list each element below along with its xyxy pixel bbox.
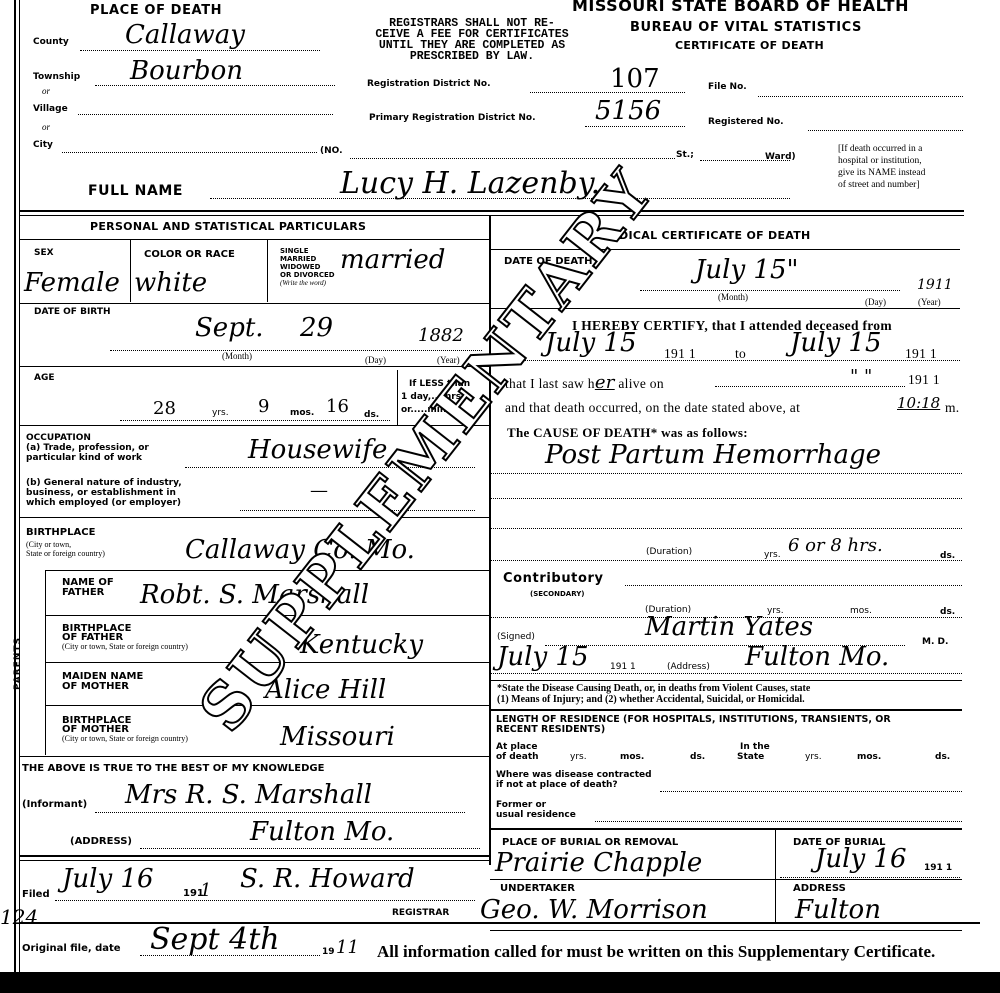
cause-line bbox=[490, 473, 962, 474]
marital-option: MARRIED bbox=[280, 255, 335, 263]
filed-year-suffix: 1 bbox=[200, 880, 211, 901]
footnote-line: (1) Means of Injury; and (2) whether Acc… bbox=[497, 694, 810, 705]
registration-district-label: Registration District No. bbox=[367, 79, 491, 89]
informant-address-label: (ADDRESS) bbox=[70, 837, 132, 847]
label-line: of death bbox=[496, 752, 539, 762]
residence-ds: ds. bbox=[690, 752, 705, 762]
village-line bbox=[78, 114, 333, 115]
undertaker-label: UNDERTAKER bbox=[500, 884, 575, 894]
former-residence-label: Former or usual residence bbox=[496, 800, 576, 820]
notice-line: PRESCRIBED BY LAW. bbox=[328, 51, 616, 62]
file-no-label: File No. bbox=[708, 82, 747, 92]
attended-from-year: 191 1 bbox=[664, 346, 696, 362]
header-divider bbox=[20, 210, 964, 212]
footer-note: All information called for must be writt… bbox=[377, 942, 935, 962]
former-residence-line bbox=[595, 821, 962, 822]
full-name-value: Lucy H. Lazenby. bbox=[340, 166, 600, 201]
registration-district-line bbox=[530, 92, 685, 93]
age-days: 16 bbox=[326, 396, 349, 417]
primary-district-line bbox=[585, 126, 685, 127]
duration-yrs-label: yrs. bbox=[764, 550, 781, 560]
ds-label-2: ds. bbox=[940, 607, 955, 617]
age-label: AGE bbox=[34, 373, 55, 383]
rule bbox=[775, 830, 776, 922]
death-occurred-text: and that death occurred, on the date sta… bbox=[505, 400, 800, 416]
filed-label: Filed bbox=[22, 890, 50, 900]
in-state-label: In the State bbox=[737, 742, 770, 762]
contracted-label: Where was disease contracted if not at p… bbox=[496, 770, 652, 790]
rule bbox=[20, 366, 490, 367]
marital-option: WIDOWED bbox=[280, 263, 335, 271]
marital-value: married bbox=[340, 245, 445, 275]
board-title: MISSOURI STATE BOARD OF HEALTH bbox=[572, 0, 909, 15]
marital-hint: (Write the word) bbox=[280, 279, 335, 287]
hint-line: State or foreign country) bbox=[26, 549, 105, 558]
alive-date: " " bbox=[850, 366, 872, 387]
original-year-suffix: 11 bbox=[336, 937, 359, 958]
note-line: hospital or institution, bbox=[838, 155, 925, 167]
label-line: OF FATHER bbox=[62, 633, 188, 642]
duration-line bbox=[490, 560, 962, 561]
signed-label: (Signed) bbox=[497, 632, 535, 642]
place-of-death-heading: PLACE OF DEATH bbox=[90, 3, 222, 18]
rule bbox=[20, 855, 490, 857]
informant-value: Mrs R. S. Marshall bbox=[125, 780, 372, 810]
cause-footnote: *State the Disease Causing Death, or, in… bbox=[497, 683, 810, 705]
attended-to: July 15 bbox=[790, 328, 882, 358]
parents-label: PARENTS bbox=[13, 637, 23, 690]
informant-address-value: Fulton Mo. bbox=[250, 817, 394, 847]
attended-to-year: 191 1 bbox=[905, 346, 937, 362]
rule bbox=[20, 860, 490, 861]
informant-line bbox=[95, 812, 465, 813]
burial-date-line bbox=[780, 877, 960, 878]
residence-mos: mos. bbox=[620, 752, 644, 762]
mother-birthplace-value: Missouri bbox=[280, 722, 395, 752]
label-line: State bbox=[737, 752, 770, 762]
father-name-label: NAME OF FATHER bbox=[62, 578, 114, 598]
dob-day: 29 bbox=[300, 313, 333, 343]
occupation-label: OCCUPATION bbox=[26, 433, 149, 443]
age-line bbox=[120, 420, 390, 421]
burial-place-label: PLACE OF BURIAL OR REMOVAL bbox=[502, 838, 678, 848]
cause-line-3 bbox=[490, 528, 962, 529]
hint-line: (City or town, bbox=[26, 540, 105, 549]
day-hint: (Day) bbox=[365, 355, 386, 365]
month-hint: (Month) bbox=[718, 292, 748, 302]
personal-section-title: PERSONAL AND STATISTICAL PARTICULARS bbox=[90, 220, 366, 233]
hint-line: (City or town, State or foreign country) bbox=[62, 642, 188, 651]
residence-title-line: RECENT RESIDENTS) bbox=[496, 725, 891, 735]
rule bbox=[490, 930, 962, 931]
rule bbox=[267, 240, 268, 302]
hint-line: (City or town, State or foreign country) bbox=[62, 734, 188, 743]
address-line bbox=[140, 848, 480, 849]
township-label: Township bbox=[33, 72, 80, 82]
marital-option: OR DIVORCED bbox=[280, 271, 335, 279]
state-ds: ds. bbox=[935, 752, 950, 762]
left-border-inner bbox=[19, 0, 20, 972]
ward-label: Ward) bbox=[765, 152, 796, 162]
filed-date: July 16 bbox=[62, 864, 154, 894]
rule bbox=[20, 756, 490, 757]
undertaker-address-value: Fulton bbox=[795, 895, 881, 925]
race-value: white bbox=[134, 268, 207, 298]
street-no-label: (NO. bbox=[320, 146, 343, 156]
file-no-line bbox=[758, 96, 963, 97]
state-mos: mos. bbox=[857, 752, 881, 762]
left-border bbox=[14, 0, 16, 972]
registrar-label: REGISTRAR bbox=[392, 908, 449, 918]
physician-address-line bbox=[490, 673, 962, 674]
alive-on-text: alive on bbox=[618, 376, 664, 391]
dob-year: 1882 bbox=[418, 325, 464, 346]
footnote-line: *State the Disease Causing Death, or, in… bbox=[497, 683, 810, 694]
registrar-signature: S. R. Howard bbox=[240, 864, 415, 894]
cause-label: The CAUSE OF DEATH* was as follows: bbox=[507, 425, 748, 441]
occupation-value: Housewife bbox=[248, 435, 387, 465]
residence-title: LENGTH OF RESIDENCE (FOR HOSPITALS, INST… bbox=[496, 715, 891, 735]
mother-name-label: MAIDEN NAME OF MOTHER bbox=[62, 672, 143, 692]
physician-address-label: (Address) bbox=[667, 662, 710, 672]
age-months: 9 bbox=[258, 396, 269, 417]
rule bbox=[130, 240, 131, 302]
duration-label: (Duration) bbox=[646, 547, 692, 557]
county-label: County bbox=[33, 37, 69, 47]
label-line: Former or bbox=[496, 800, 576, 810]
county-value: Callaway bbox=[125, 20, 245, 50]
sex-label: SEX bbox=[34, 248, 54, 258]
note-line: of street and number] bbox=[838, 179, 925, 191]
physician-address-value: Fulton Mo. bbox=[745, 642, 889, 672]
marital-status-labels: SINGLE MARRIED WIDOWED OR DIVORCED (Writ… bbox=[280, 247, 335, 287]
registrar-notice: REGISTRARS SHALL NOT RE- CEIVE A FEE FOR… bbox=[328, 18, 616, 62]
time-of-death: 10:18 bbox=[897, 394, 940, 412]
dob-month: Sept. bbox=[195, 313, 264, 343]
burial-date-value: July 16 bbox=[815, 844, 907, 874]
contributory-label: Contributory bbox=[503, 571, 604, 586]
ds-label: ds. bbox=[364, 410, 379, 420]
date-of-death-value: July 15" bbox=[695, 255, 798, 285]
month-hint: (Month) bbox=[222, 351, 252, 361]
registration-district-value: 107 bbox=[610, 64, 660, 94]
contributory-line bbox=[625, 585, 962, 586]
cause-line-2 bbox=[490, 498, 962, 499]
secondary-label: (SECONDARY) bbox=[530, 590, 584, 598]
alive-year: 191 1 bbox=[908, 372, 940, 388]
occupation-a-line: (a) Trade, profession, or bbox=[26, 443, 149, 453]
label-line: usual residence bbox=[496, 810, 576, 820]
informant-label: (Informant) bbox=[22, 800, 87, 810]
undertaker-address-label: ADDRESS bbox=[793, 884, 846, 894]
residence-yrs: yrs. bbox=[570, 752, 587, 762]
dob-line bbox=[110, 350, 482, 351]
primary-district-value: 5156 bbox=[595, 96, 661, 126]
dob-label: DATE OF BIRTH bbox=[34, 307, 111, 317]
cause-value: Post Partum Hemorrhage bbox=[545, 440, 881, 470]
attended-line bbox=[505, 360, 960, 361]
filed-line bbox=[55, 900, 475, 901]
alive-line bbox=[715, 386, 905, 387]
birthplace-hint: (City or town, State or foreign country) bbox=[26, 540, 105, 558]
primary-district-label: Primary Registration District No. bbox=[369, 113, 536, 123]
birthplace-label: BIRTHPLACE bbox=[26, 528, 95, 538]
rule bbox=[20, 239, 490, 240]
industry-line: which employed (or employer) bbox=[26, 498, 182, 508]
registered-no-label: Registered No. bbox=[708, 117, 784, 127]
city-label: City bbox=[33, 140, 53, 150]
rule bbox=[490, 828, 962, 830]
registered-no-line bbox=[808, 130, 963, 131]
label-line: In the bbox=[737, 742, 770, 752]
signed-year: 191 1 bbox=[610, 662, 636, 672]
true-statement: THE ABOVE IS TRUE TO THE BEST OF MY KNOW… bbox=[22, 764, 324, 774]
occupation-a-line: particular kind of work bbox=[26, 453, 149, 463]
contracted-line bbox=[660, 791, 962, 792]
full-name-label: FULL NAME bbox=[88, 183, 183, 199]
date-of-death-year: 1911 bbox=[917, 277, 953, 293]
original-year-prefix: 19 bbox=[322, 947, 335, 957]
label-line: if not at place of death? bbox=[496, 780, 652, 790]
certificate-title: CERTIFICATE OF DEATH bbox=[675, 39, 824, 52]
year-hint: (Year) bbox=[918, 297, 941, 307]
label-line: At place bbox=[496, 742, 539, 752]
rule bbox=[490, 879, 962, 880]
burial-place-value: Prairie Chapple bbox=[495, 848, 702, 878]
race-label: COLOR OR RACE bbox=[144, 250, 235, 260]
village-label: Village bbox=[33, 104, 68, 114]
rule bbox=[397, 370, 398, 425]
or-label: or bbox=[42, 86, 50, 96]
street-line bbox=[350, 158, 675, 159]
county-line bbox=[80, 50, 320, 51]
or-label-2: or bbox=[42, 122, 50, 132]
township-value: Bourbon bbox=[130, 56, 243, 86]
to-label: to bbox=[735, 346, 746, 362]
mos-label-2: mos. bbox=[850, 606, 872, 616]
industry-line: business, or establishment in bbox=[26, 488, 182, 498]
burial-year: 191 1 bbox=[924, 863, 952, 873]
original-file-label: Original file, date bbox=[22, 944, 121, 954]
industry-labels: (b) General nature of industry, business… bbox=[26, 478, 182, 508]
city-line bbox=[62, 152, 317, 153]
occupation-labels: OCCUPATION (a) Trade, profession, or par… bbox=[26, 433, 149, 463]
physician-signature: Martin Yates bbox=[645, 612, 813, 642]
death-certificate: PLACE OF DEATH REGISTRARS SHALL NOT RE- … bbox=[0, 0, 1000, 972]
label-line: FATHER bbox=[62, 588, 114, 598]
label-line: OF MOTHER bbox=[62, 682, 143, 692]
day-hint: (Day) bbox=[865, 297, 886, 307]
label-line: OF MOTHER bbox=[62, 725, 188, 734]
street-label: St.; bbox=[676, 150, 694, 160]
margin-mark: 124 bbox=[0, 905, 38, 929]
rule bbox=[45, 570, 490, 571]
md-label: M. D. bbox=[922, 637, 948, 647]
original-file-date: Sept 4th bbox=[150, 922, 280, 957]
industry-value: — bbox=[310, 480, 328, 501]
state-yrs: yrs. bbox=[805, 752, 822, 762]
yrs-label: yrs. bbox=[212, 408, 229, 418]
signed-date: July 15 bbox=[497, 642, 589, 672]
dod-line bbox=[640, 290, 900, 291]
rule bbox=[490, 709, 962, 711]
header-divider-2 bbox=[20, 215, 964, 216]
time-suffix: m. bbox=[945, 400, 959, 416]
industry-line: (b) General nature of industry, bbox=[26, 478, 182, 488]
age-years: 28 bbox=[153, 398, 176, 419]
last-saw-pronoun: er bbox=[595, 372, 615, 393]
sex-value: Female bbox=[24, 268, 120, 298]
at-place-label: At place of death bbox=[496, 742, 539, 762]
note-line: give its NAME instead bbox=[838, 167, 925, 179]
note-line: [If death occurred in a bbox=[838, 143, 925, 155]
duration-value: 6 or 8 hrs. bbox=[788, 535, 883, 556]
undertaker-value: Geo. W. Morrison bbox=[480, 895, 708, 925]
marital-option: SINGLE bbox=[280, 247, 335, 255]
hospital-note: [If death occurred in a hospital or inst… bbox=[838, 143, 925, 191]
mos-label: mos. bbox=[290, 408, 314, 418]
father-birthplace-label: BIRTHPLACE OF FATHER (City or town, Stat… bbox=[62, 624, 188, 651]
label-line: Where was disease contracted bbox=[496, 770, 652, 780]
rule bbox=[490, 680, 962, 681]
bureau-title: BUREAU OF VITAL STATISTICS bbox=[630, 20, 862, 35]
rule bbox=[20, 303, 490, 304]
mother-birthplace-label: BIRTHPLACE OF MOTHER (City or town, Stat… bbox=[62, 716, 188, 743]
